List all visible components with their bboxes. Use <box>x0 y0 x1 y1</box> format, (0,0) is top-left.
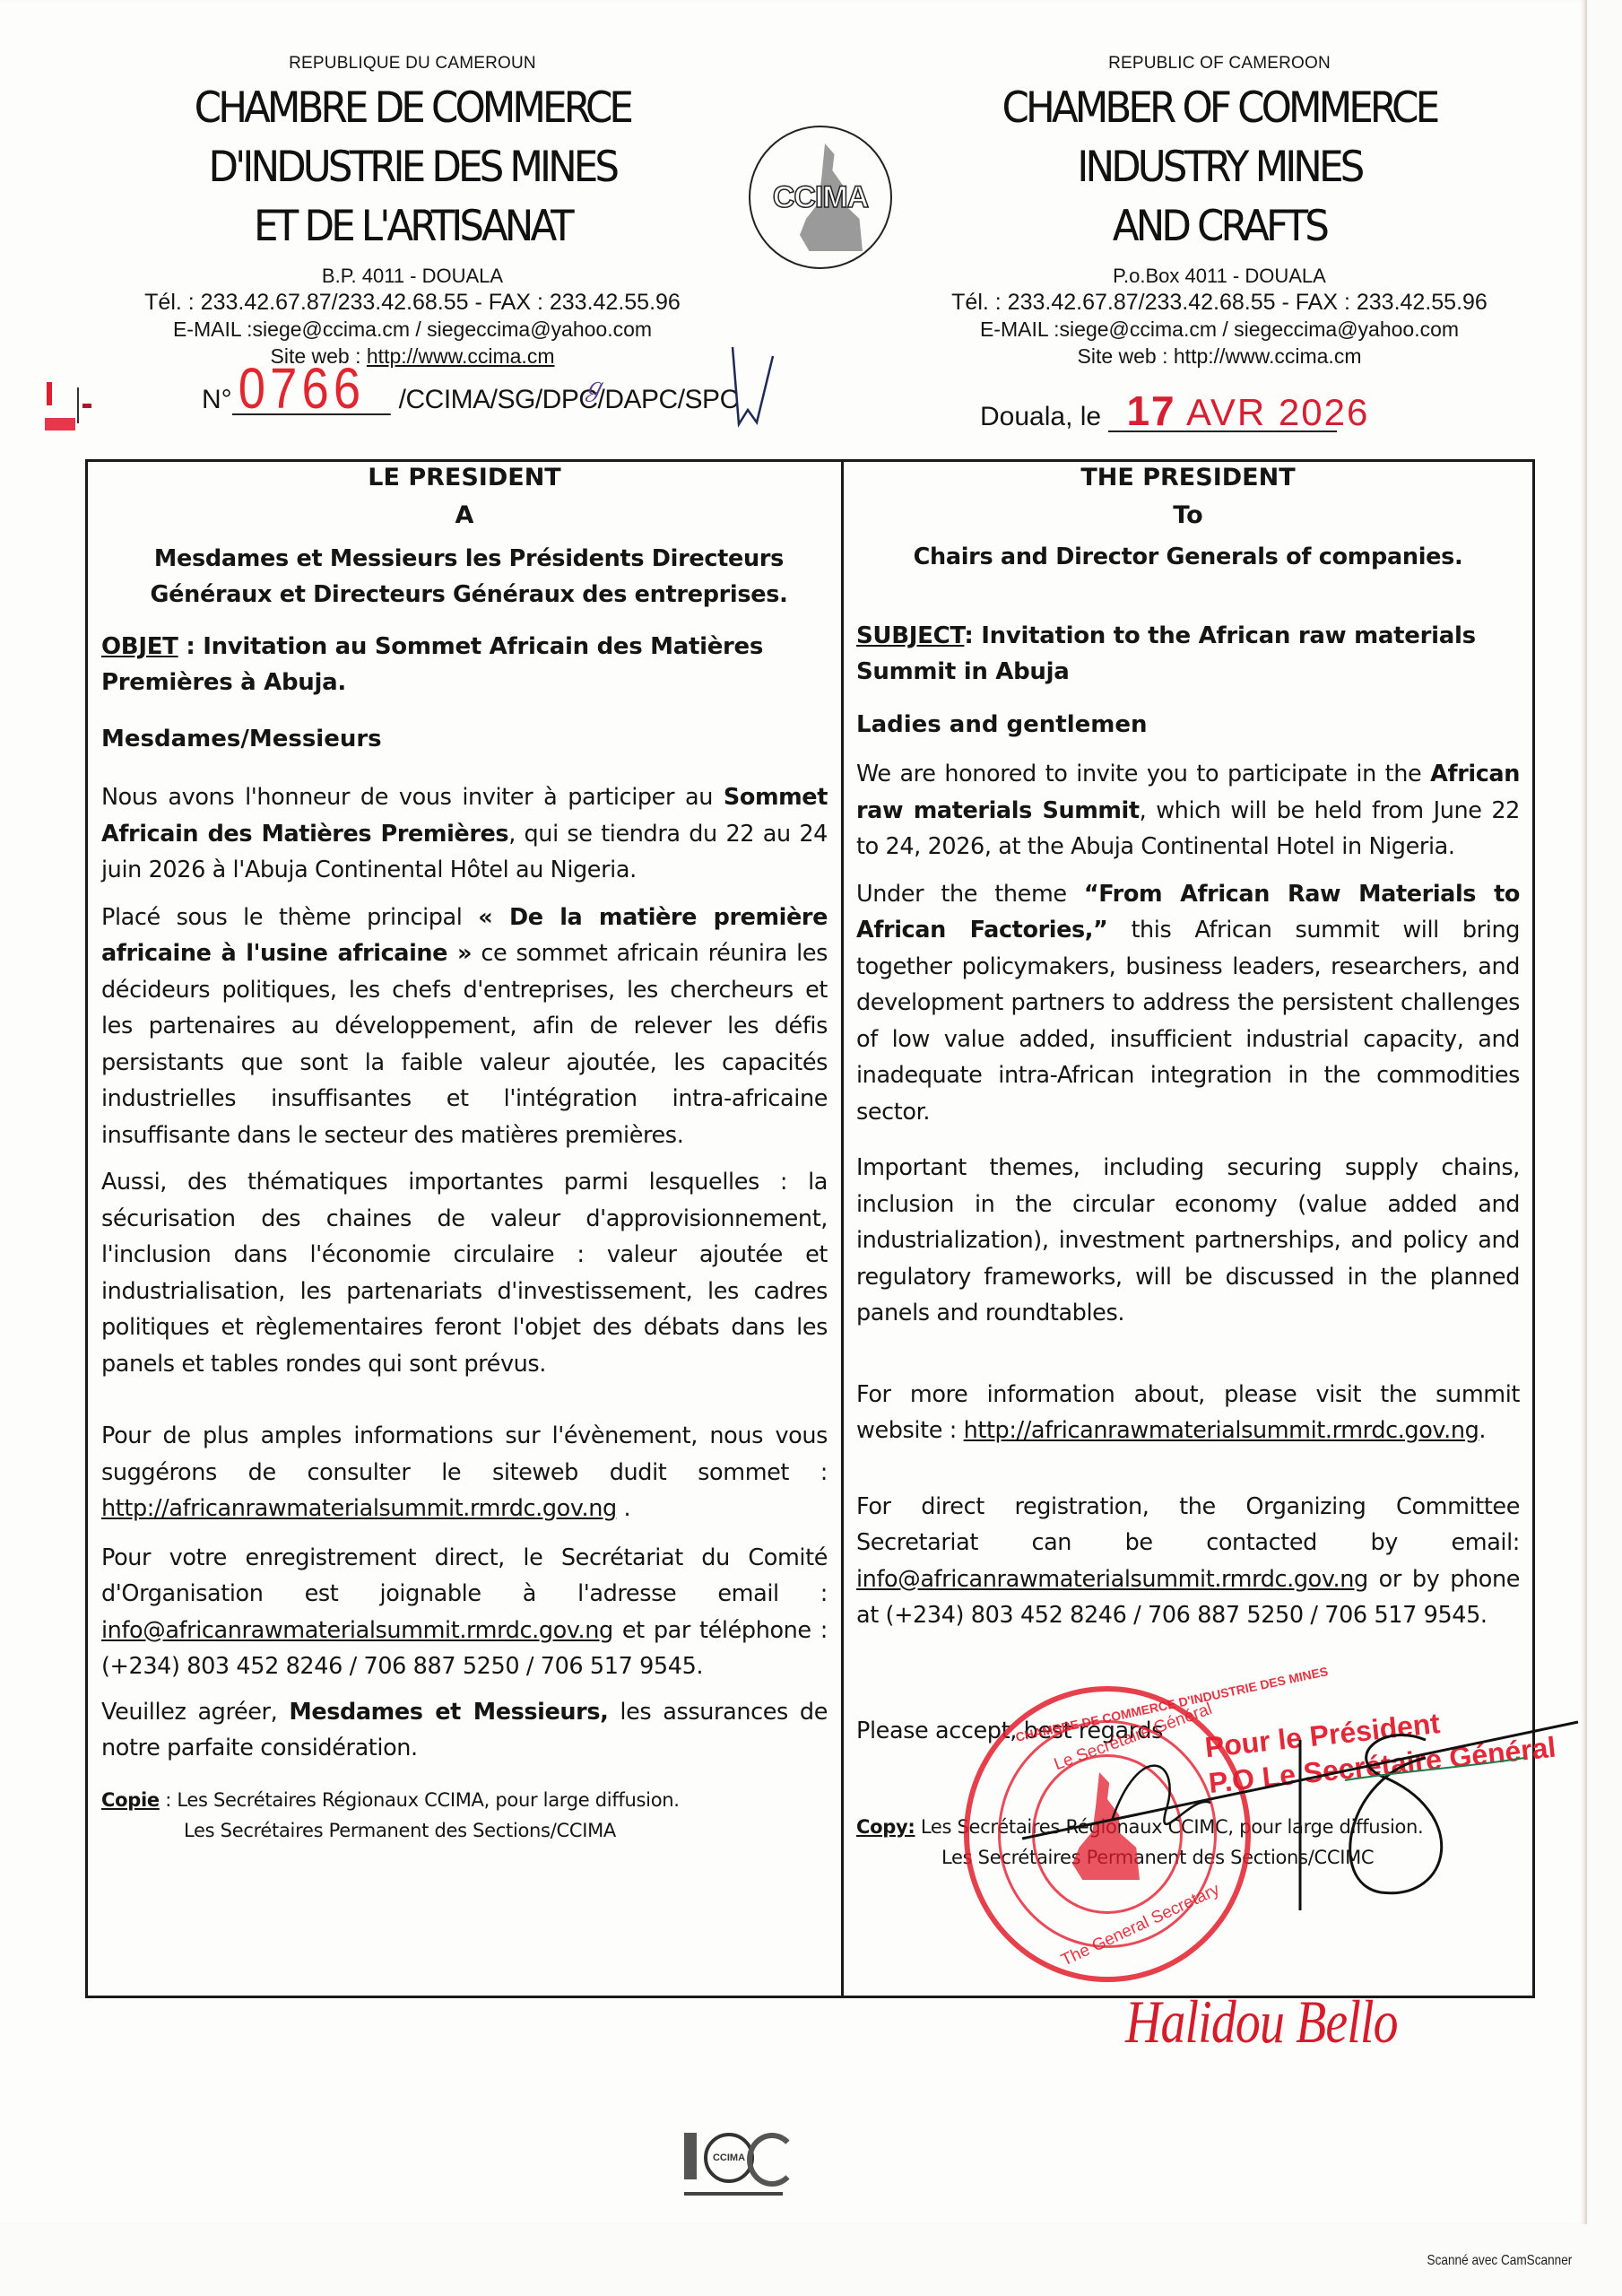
signer-name: Halidou Bello <box>1125 1987 1398 2057</box>
copy-list: Copie : Les Secrétaires Régionaux CCIMA,… <box>101 1785 828 1846</box>
to-label: A <box>101 500 828 532</box>
closing: Veuillez agréer, Mesdames et Messieurs, … <box>101 1694 828 1767</box>
organization-name: CHAMBRE DE COMMERCE D'INDUSTRIE DES MINE… <box>157 79 668 257</box>
email: E-MAIL :siege@ccima.cm / siegeccima@yaho… <box>134 316 690 343</box>
paragraph-theme: Under the theme “From African Raw Materi… <box>856 876 1520 1131</box>
column-divider <box>841 459 844 1998</box>
paragraph-theme: Placé sous le thème principal « De la ma… <box>101 900 828 1154</box>
summit-website-link[interactable]: http://africanrawmaterialsummit.rmrdc.go… <box>964 1417 1479 1444</box>
paragraph-more-info: For more information about, please visit… <box>856 1377 1520 1449</box>
letterhead-french: REPUBLIQUE DU CAMEROUN CHAMBRE DE COMMER… <box>134 54 690 370</box>
telephone: Tél. : 233.42.67.87/233.42.68.55 - FAX :… <box>134 289 690 316</box>
ccima-logo: CCIMA <box>749 126 892 269</box>
french-column: LE PRESIDENT A Mesdames et Messieurs les… <box>101 462 828 1846</box>
country-name: REPUBLIC OF CAMEROON <box>941 54 1497 74</box>
po-box: B.P. 4011 - DOUALA <box>134 264 690 289</box>
reference-number: N°0766/CCIMA/SG/DPC/DAPC/SPC <box>202 363 739 415</box>
paragraph-registration: For direct registration, the Organizing … <box>856 1489 1520 1634</box>
scanner-watermark: Scanné avec CamScanner <box>1427 2253 1572 2269</box>
registration-email-link[interactable]: info@africanrawmaterialsummit.rmrdc.gov.… <box>101 1617 613 1644</box>
website: Site web : http://www.ccima.cm <box>941 343 1497 370</box>
to-label: To <box>856 500 1520 532</box>
paragraph-topics: Important themes, including securing sup… <box>856 1150 1520 1332</box>
po-box: P.o.Box 4011 - DOUALA <box>941 264 1497 289</box>
date-stamp: 17 AVR 2026 <box>1108 393 1337 432</box>
reference-stamp-number: 0766 <box>232 363 391 415</box>
english-column: THE PRESIDENT To Chairs and Director Gen… <box>856 462 1520 1873</box>
recipients: Chairs and Director Generals of companie… <box>856 539 1520 575</box>
paragraph-more-info: Pour de plus amples informations sur l'é… <box>101 1418 828 1527</box>
subject: OBJET : Invitation au Sommet Africain de… <box>101 629 828 700</box>
paragraph-topics: Aussi, des thématiques importantes parmi… <box>101 1164 828 1382</box>
registry-stamp-mark <box>43 377 106 430</box>
centenary-logo: CCIMA <box>684 2133 917 2196</box>
email: E-MAIL :siege@ccima.cm / siegeccima@yaho… <box>941 316 1497 343</box>
paragraph-registration: Pour votre enregistrement direct, le Sec… <box>101 1540 828 1685</box>
sender-title: LE PRESIDENT <box>101 462 828 494</box>
handwritten-initials: ℊ <box>581 368 606 404</box>
registration-email-link[interactable]: info@africanrawmaterialsummit.rmrdc.gov.… <box>856 1566 1368 1593</box>
organization-name: CHAMBER OF COMMERCE INDUSTRY MINES AND C… <box>964 79 1475 257</box>
subject: SUBJECT: Invitation to the African raw m… <box>856 618 1520 690</box>
website-link[interactable]: http://www.ccima.cm <box>1174 344 1362 368</box>
handwritten-signature <box>1004 1704 1596 1910</box>
telephone: Tél. : 233.42.67.87/233.42.68.55 - FAX :… <box>941 289 1497 316</box>
country-name: REPUBLIQUE DU CAMEROUN <box>134 54 690 74</box>
salutation: Mesdames/Messieurs <box>101 724 828 754</box>
sender-title: THE PRESIDENT <box>856 462 1520 494</box>
date-line: Douala, le 17 AVR 2026 <box>980 393 1337 432</box>
recipients: Mesdames et Messieurs les Présidents Dir… <box>146 541 792 613</box>
summit-website-link[interactable]: http://africanrawmaterialsummit.rmrdc.go… <box>101 1495 617 1522</box>
salutation: Ladies and gentlemen <box>856 709 1520 740</box>
paragraph-invitation: Nous avons l'honneur de vous inviter à p… <box>101 779 828 889</box>
paragraph-invitation: We are honored to invite you to particip… <box>856 756 1520 865</box>
handwritten-check-mark <box>728 345 778 430</box>
letterhead-english: REPUBLIC OF CAMEROON CHAMBER OF COMMERCE… <box>941 54 1497 370</box>
